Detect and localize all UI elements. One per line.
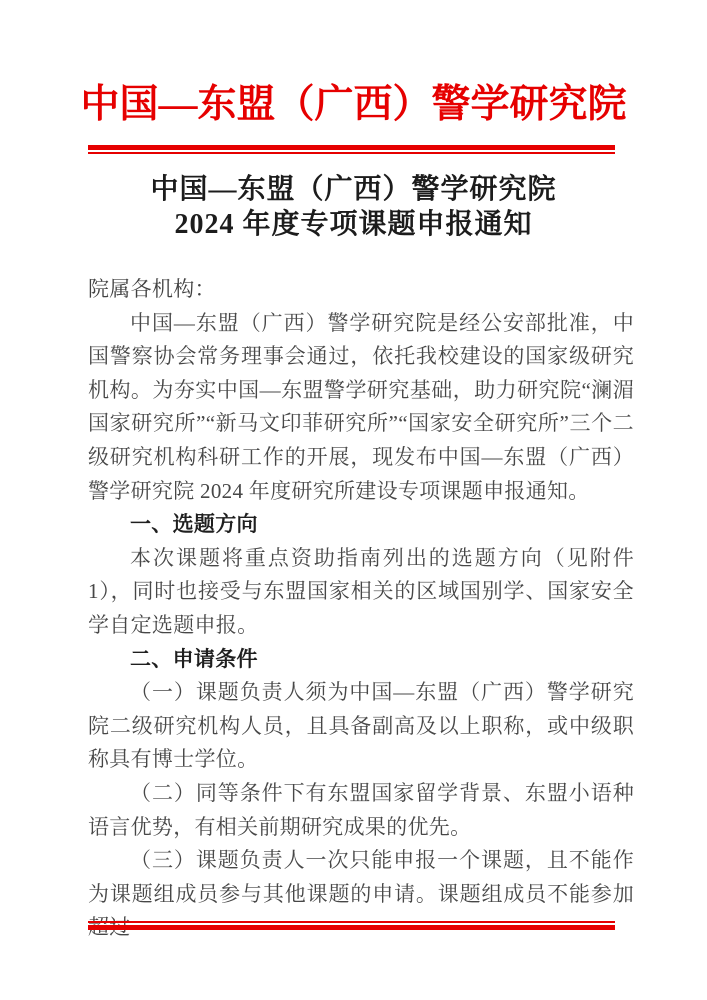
section2-item2: （二）同等条件下有东盟国家留学背景、东盟小语种语言优势，有相关前期研究成果的优先…: [88, 777, 634, 844]
letterhead-divider-rule: [88, 145, 615, 154]
letterhead-org-name: 中国—东盟（广西）警学研究院: [0, 80, 707, 130]
section1-heading: 一、选题方向: [88, 508, 634, 542]
document-page: 中国—东盟（广西）警学研究院 中国—东盟（广西）警学研究院 2024 年度专项课…: [0, 0, 707, 1000]
salutation-line: 院属各机构：: [88, 273, 634, 307]
footer-divider-rule: [88, 921, 615, 930]
notice-title-line2: 2024 年度专项课题申报通知: [0, 207, 707, 242]
section2-item1: （一）课题负责人须为中国—东盟（广西）警学研究院二级研究机构人员，且具备副高及以…: [88, 676, 634, 777]
notice-title-line1: 中国—东盟（广西）警学研究院: [0, 172, 707, 207]
intro-paragraph: 中国—东盟（广西）警学研究院是经公安部批准，中国警察协会常务理事会通过，依托我校…: [88, 307, 634, 509]
notice-body: 院属各机构： 中国—东盟（广西）警学研究院是经公安部批准，中国警察协会常务理事会…: [88, 273, 634, 945]
section2-heading: 二、申请条件: [88, 643, 634, 677]
section1-paragraph: 本次课题将重点资助指南列出的选题方向（见附件 1），同时也接受与东盟国家相关的区…: [88, 542, 634, 643]
notice-title: 中国—东盟（广西）警学研究院 2024 年度专项课题申报通知: [0, 172, 707, 242]
